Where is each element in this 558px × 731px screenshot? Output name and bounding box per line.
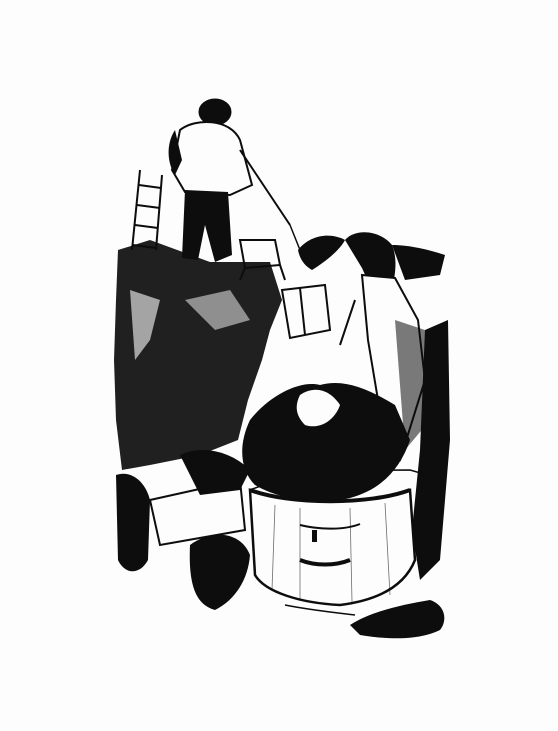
- ground-shadow: [350, 600, 444, 638]
- dark-creature: [298, 236, 345, 270]
- lithograph-artwork: [0, 0, 558, 731]
- ladder: [132, 170, 162, 250]
- standing-figure: [169, 99, 300, 262]
- crate: [282, 285, 330, 338]
- barrel: [250, 490, 415, 605]
- left-lower-mass: [116, 474, 150, 572]
